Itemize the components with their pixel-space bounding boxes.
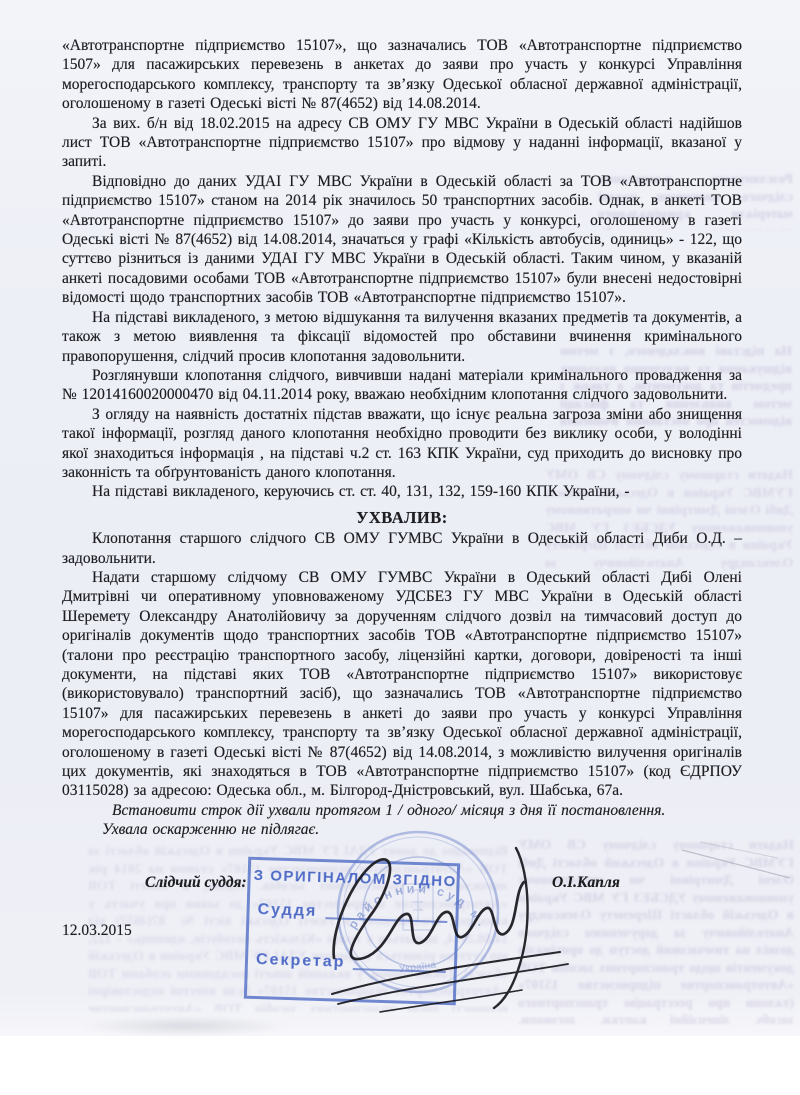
- judge-name: О.І.Капля: [552, 874, 620, 892]
- paragraph: Клопотання старшого слідчого СВ ОМУ ГУМВ…: [62, 529, 742, 568]
- paragraph: На підставі викладеного, керуючись ст. с…: [62, 482, 742, 501]
- stamp-signature-line: [353, 968, 446, 973]
- decision-date: 12.03.2015: [62, 922, 132, 940]
- stamp-title: З ОРИГІНАЛОМ ЗГІДНО: [253, 867, 456, 890]
- certification-stamp: З ОРИГІНАЛОМ ЗГІДНО Суддя Секретар: [244, 857, 460, 1006]
- stamp-secretary-line: Секретар: [256, 951, 446, 975]
- stamp-judge-label: Суддя: [257, 901, 317, 921]
- paragraph: Відповідно до даних УДАІ ГУ МВС України …: [62, 172, 742, 308]
- paragraph: Розглянувши клопотання слідчого, вивчивш…: [62, 366, 742, 405]
- paragraph: «Автотранспортне підприємство 15107», що…: [62, 36, 742, 114]
- no-appeal-clause: Ухвала оскарженню не підлягає.: [62, 820, 742, 839]
- stamp-secretary-label: Секретар: [256, 951, 346, 972]
- paragraph: З огляду на наявність достатніх підстав …: [62, 405, 742, 483]
- paragraph: За вих. б/н від 18.02.2015 на адресу СВ …: [62, 114, 742, 172]
- scan-smudge: [80, 1016, 290, 1036]
- paragraph: На підставі викладеного, з метою відшука…: [62, 308, 742, 366]
- stamp-signature-line: [325, 917, 447, 923]
- ruling-heading: УХВАЛИВ:: [62, 508, 742, 527]
- term-clause: Встановити строк дії ухвали протягом 1 /…: [62, 801, 742, 820]
- stamp-judge-line: Суддя: [257, 901, 447, 925]
- document-body: «Автотранспортне підприємство 15107», що…: [62, 36, 742, 840]
- paragraph: Надати старшому слідчому СВ ОМУ ГУМВС Ук…: [62, 568, 742, 801]
- judge-label: Слідчий суддя:: [145, 874, 247, 892]
- scanned-document-page: Розглянувши клопотання слідчого, вивчивш…: [0, 0, 800, 1095]
